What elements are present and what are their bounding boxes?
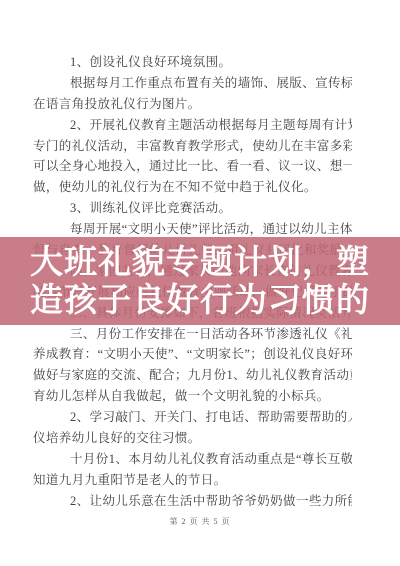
document-line: 仪培养幼儿良好的交往习惯。	[33, 428, 352, 449]
document-line: 1、创设礼仪良好环境氛围。	[33, 52, 352, 73]
page-title-line-1: 大班礼貌专题计划，塑	[0, 243, 400, 281]
document-line: 2、让幼儿乐意在生活中帮助爷爷奶奶做一些力所能及的事情，	[33, 491, 352, 512]
document-line: 做好与家庭的交流、配合；九月份1、幼儿礼仪教育活动重点是教	[33, 365, 352, 386]
page-title-line-2: 造孩子良好行为习惯的	[0, 281, 400, 319]
document-line: 养成教育：“文明小天使”、“文明家长”；创设礼仪良好环境氛围；	[33, 344, 352, 365]
page-number-footer: 第 2 页 共 5 页	[0, 516, 400, 527]
document-line: 十月份1、本月幼儿礼仪教育活动重点是“尊长互敬我先行”，	[33, 449, 352, 470]
document-line: 2、学习敲门、开关门、打电话、帮助需要帮助的人的基本礼	[33, 407, 352, 428]
document-line: 育幼儿怎样从自我做起，做一个文明礼貌的小标兵。	[33, 386, 352, 407]
document-line: 做，使幼儿的礼仪行为在不知不觉中趋于礼仪化。	[33, 177, 352, 198]
document-line: 3、训练礼仪评比竞赛活动。	[33, 198, 352, 219]
title-banner: 大班礼貌专题计划，塑 造孩子良好行为习惯的	[0, 237, 400, 325]
document-line: 知道九月九重阳节是老人的节日。	[33, 470, 352, 491]
document-line: 三、月份工作安排在一日活动各环节渗透礼仪《礼仪教育》的	[33, 324, 352, 345]
document-page: 1、创设礼仪良好环境氛围。根据每月工作重点布置有关的墙饰、展版、宣传标语或警示语…	[0, 0, 400, 566]
document-line: 2、开展礼仪教育主题活动根据每月主题每周有计划地组织一节	[33, 115, 352, 136]
document-line: 根据每月工作重点布置有关的墙饰、展版、宣传标语或警示语；	[33, 73, 352, 94]
document-line: 可以全身心地投入，通过比一比、看一看、议一议、想一想、做一	[33, 156, 352, 177]
page-title: 大班礼貌专题计划，塑 造孩子良好行为习惯的	[0, 243, 400, 319]
document-line: 专门的礼仪活动，丰富教育教学形式，使幼儿在丰富多彩的活动中，	[33, 136, 352, 157]
document-line: 在语言角投放礼仪行为图片。	[33, 94, 352, 115]
